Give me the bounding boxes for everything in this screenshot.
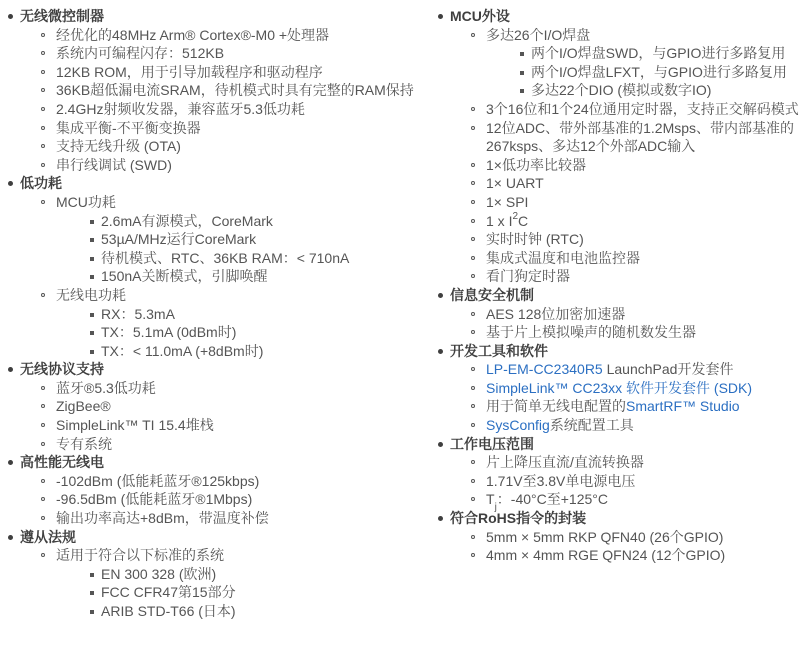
- circle-bullet-icon: [41, 33, 45, 37]
- feature-item: TX：5.1mA (0dBm时): [0, 323, 432, 342]
- text-run: 输出功率高达+8dBm，带温度补偿: [56, 510, 269, 526]
- feature-item: SysConfig系统配置工具: [430, 416, 799, 435]
- text-run: 4mm × 4mm RGE QFN24 (12个GPIO): [486, 547, 725, 563]
- feature-item: 1× UART: [430, 174, 799, 193]
- text-run: 实时时钟 (RTC): [486, 231, 584, 247]
- circle-bullet-icon: [471, 274, 475, 278]
- feature-item: 实时时钟 (RTC): [430, 230, 799, 249]
- feature-list: MCU外设多达26个I/O焊盘两个I/O焊盘SWD，与GPIO进行多路复用两个I…: [430, 7, 799, 565]
- square-bullet-icon: [90, 220, 94, 224]
- circle-bullet-icon: [471, 256, 475, 260]
- text-run: 系统内可编程闪存：512KB: [56, 45, 224, 61]
- text-run: 看门狗定时器: [486, 268, 570, 284]
- text-run: 5mm × 5mm RKP QFN40 (26个GPIO): [486, 529, 723, 545]
- text-run: RX：5.3mA: [101, 306, 175, 322]
- feature-item: TX：< 11.0mA (+8dBm时): [0, 342, 432, 361]
- text-run: 集成式温度和电池监控器: [486, 250, 640, 266]
- feature-item: -96.5dBm (低能耗蓝牙®1Mbps): [0, 490, 432, 509]
- text-run: 基于片上模拟噪声的随机数发生器: [486, 324, 696, 340]
- feature-item: 两个I/O焊盘SWD，与GPIO进行多路复用: [430, 44, 799, 63]
- square-bullet-icon: [90, 350, 94, 354]
- feature-item: Tj：-40°C至+125°C: [430, 490, 799, 509]
- circle-bullet-icon: [41, 497, 45, 501]
- text-run: ARIB STD-T66 (日本): [101, 603, 236, 619]
- circle-bullet-icon: [471, 312, 475, 316]
- section-title-text: 信息安全机制: [450, 287, 534, 303]
- feature-item: 多达22个DIO (模拟或数字IO): [430, 81, 799, 100]
- circle-bullet-icon: [41, 70, 45, 74]
- text-run: 串行线调试 (SWD): [56, 157, 172, 173]
- feature-list: 无线微控制器经优化的48MHz Arm® Cortex®-M0 +处理器系统内可…: [0, 7, 432, 621]
- feature-item: 适用于符合以下标准的系统: [0, 546, 432, 565]
- text-run: 36KB超低漏电流SRAM，待机模式时具有完整的RAM保持: [56, 82, 414, 98]
- text-run: 多达26个I/O焊盘: [486, 27, 590, 43]
- text-run: 2.6mA有源模式，CoreMark: [101, 213, 273, 229]
- text-run: MCU功耗: [56, 194, 116, 210]
- feature-item: 3个16位和1个24位通用定时器，支持正交解码模式: [430, 100, 799, 119]
- text-run: -96.5dBm (低能耗蓝牙®1Mbps): [56, 491, 252, 507]
- feature-item: 1×低功率比较器: [430, 156, 799, 175]
- feature-section-title: MCU外设: [430, 7, 799, 26]
- circle-bullet-icon: [41, 442, 45, 446]
- circle-bullet-icon: [41, 144, 45, 148]
- feature-item: 串行线调试 (SWD): [0, 156, 432, 175]
- feature-item: 输出功率高达+8dBm，带温度补偿: [0, 509, 432, 528]
- circle-bullet-icon: [41, 479, 45, 483]
- text-run: EN 300 328 (欧洲): [101, 566, 216, 582]
- square-bullet-icon: [90, 331, 94, 335]
- feature-item: 2.6mA有源模式，CoreMark: [0, 212, 432, 231]
- disc-bullet-icon: [8, 367, 13, 372]
- text-run: 适用于符合以下标准的系统: [56, 547, 224, 563]
- feature-item: 多达26个I/O焊盘: [430, 26, 799, 45]
- text-run: 1× UART: [486, 175, 544, 191]
- circle-bullet-icon: [471, 460, 475, 464]
- feature-item: 150nA关断模式，引脚唤醒: [0, 267, 432, 286]
- feature-item: 53µA/MHz运行CoreMark: [0, 230, 432, 249]
- square-bullet-icon: [520, 52, 524, 56]
- section-title-text: 高性能无线电: [20, 454, 104, 470]
- text-run: 片上降压直流/直流转换器: [486, 454, 644, 470]
- text-run: SimpleLink™ TI 15.4堆栈: [56, 417, 214, 433]
- circle-bullet-icon: [471, 33, 475, 37]
- feature-section-title: 信息安全机制: [430, 286, 799, 305]
- circle-bullet-icon: [471, 535, 475, 539]
- feature-item: AES 128位加密加速器: [430, 305, 799, 324]
- text-run: 1× SPI: [486, 194, 528, 210]
- text-run: 1×低功率比较器: [486, 157, 586, 173]
- text-run: 1.71V至3.8V单电源电压: [486, 473, 635, 489]
- circle-bullet-icon: [471, 237, 475, 241]
- text-run: FCC CFR47第15部分: [101, 584, 236, 600]
- feature-item: 待机模式、RTC、36KB RAM：< 710nA: [0, 249, 432, 268]
- circle-bullet-icon: [41, 404, 45, 408]
- section-title-text: 无线协议支持: [20, 361, 104, 377]
- circle-bullet-icon: [471, 181, 475, 185]
- feature-item: 蓝牙®5.3低功耗: [0, 379, 432, 398]
- text-run: 集成平衡-不平衡变换器: [56, 120, 201, 136]
- disc-bullet-icon: [8, 460, 13, 465]
- text-run: -102dBm (低能耗蓝牙®125kbps): [56, 473, 259, 489]
- circle-bullet-icon: [41, 88, 45, 92]
- text-run: 12位ADC、带外部基准的1.2Msps、带内部基准的267ksps、多达12个…: [486, 120, 794, 155]
- feature-item: ARIB STD-T66 (日本): [0, 602, 432, 621]
- circle-bullet-icon: [471, 367, 475, 371]
- feature-item: 片上降压直流/直流转换器: [430, 453, 799, 472]
- circle-bullet-icon: [471, 386, 475, 390]
- square-bullet-icon: [90, 257, 94, 261]
- circle-bullet-icon: [41, 200, 45, 204]
- feature-item: 12KB ROM，用于引导加载程序和驱动程序: [0, 63, 432, 82]
- text-run: 2.4GHz射频收发器，兼容蓝牙5.3低功耗: [56, 101, 305, 117]
- text-run: 无线电功耗: [56, 287, 126, 303]
- feature-item: 12位ADC、带外部基准的1.2Msps、带内部基准的267ksps、多达12个…: [430, 119, 799, 156]
- square-bullet-icon: [520, 89, 524, 93]
- feature-item: 两个I/O焊盘LFXT，与GPIO进行多路复用: [430, 63, 799, 82]
- feature-section-title: 符合RoHS指令的封装: [430, 509, 799, 528]
- text-run: C: [518, 213, 528, 229]
- circle-bullet-icon: [471, 404, 475, 408]
- feature-section-title: 高性能无线电: [0, 453, 432, 472]
- section-title-text: 符合RoHS指令的封装: [450, 510, 586, 526]
- feature-item: -102dBm (低能耗蓝牙®125kbps): [0, 472, 432, 491]
- disc-bullet-icon: [8, 181, 13, 186]
- circle-bullet-icon: [41, 163, 45, 167]
- square-bullet-icon: [90, 238, 94, 242]
- circle-bullet-icon: [471, 126, 475, 130]
- feature-section-title: 低功耗: [0, 174, 432, 193]
- feature-item: 集成式温度和电池监控器: [430, 249, 799, 268]
- feature-section-title: 遵从法规: [0, 528, 432, 547]
- circle-bullet-icon: [41, 293, 45, 297]
- text-run: TX：5.1mA (0dBm时): [101, 324, 236, 340]
- circle-bullet-icon: [41, 516, 45, 520]
- text-run: TX：< 11.0mA (+8dBm时): [101, 343, 263, 359]
- circle-bullet-icon: [471, 553, 475, 557]
- feature-item: SimpleLink™ TI 15.4堆栈: [0, 416, 432, 435]
- square-bullet-icon: [90, 573, 94, 577]
- feature-item: ZigBee®: [0, 397, 432, 416]
- circle-bullet-icon: [41, 107, 45, 111]
- feature-item: LP-EM-CC2340R5 LaunchPad开发套件: [430, 360, 799, 379]
- text-run: 用于简单无线电配置的: [486, 398, 626, 414]
- text-run: LaunchPad开发套件: [603, 361, 734, 377]
- text-run: 150nA关断模式，引脚唤醒: [101, 268, 267, 284]
- feature-item: 看门狗定时器: [430, 267, 799, 286]
- feature-item: 5mm × 5mm RKP QFN40 (26个GPIO): [430, 528, 799, 547]
- text-run: 经优化的48MHz Arm® Cortex®-M0 +处理器: [56, 27, 329, 43]
- circle-bullet-icon: [471, 219, 475, 223]
- text-run: 支持无线升级 (OTA): [56, 138, 181, 154]
- link[interactable]: SmartRF™ Studio: [626, 398, 740, 414]
- disc-bullet-icon: [438, 14, 443, 19]
- feature-section-title: 工作电压范围: [430, 435, 799, 454]
- square-bullet-icon: [90, 610, 94, 614]
- section-title-text: 无线微控制器: [20, 8, 104, 24]
- circle-bullet-icon: [41, 386, 45, 390]
- feature-item: RX：5.3mA: [0, 305, 432, 324]
- feature-column-right: MCU外设多达26个I/O焊盘两个I/O焊盘SWD，与GPIO进行多路复用两个I…: [430, 7, 799, 565]
- disc-bullet-icon: [8, 535, 13, 540]
- section-title-text: 低功耗: [20, 175, 62, 191]
- text-run: AES 128位加密加速器: [486, 306, 625, 322]
- disc-bullet-icon: [438, 349, 443, 354]
- square-bullet-icon: [520, 71, 524, 75]
- circle-bullet-icon: [471, 163, 475, 167]
- section-title-text: 开发工具和软件: [450, 343, 548, 359]
- section-title-text: MCU外设: [450, 8, 510, 24]
- text-run: ZigBee®: [56, 398, 111, 414]
- feature-item: SimpleLink™ CC23xx 软件开发套件 (SDK): [430, 379, 799, 398]
- square-bullet-icon: [90, 313, 94, 317]
- circle-bullet-icon: [41, 126, 45, 130]
- section-title-text: 工作电压范围: [450, 436, 534, 452]
- feature-item: EN 300 328 (欧洲): [0, 565, 432, 584]
- superscript: 2: [512, 211, 518, 222]
- feature-item: 基于片上模拟噪声的随机数发生器: [430, 323, 799, 342]
- feature-item: 集成平衡-不平衡变换器: [0, 119, 432, 138]
- feature-item: MCU功耗: [0, 193, 432, 212]
- feature-item: 36KB超低漏电流SRAM，待机模式时具有完整的RAM保持: [0, 81, 432, 100]
- circle-bullet-icon: [471, 200, 475, 204]
- text-run: 待机模式、RTC、36KB RAM：< 710nA: [101, 250, 349, 266]
- feature-section-title: 开发工具和软件: [430, 342, 799, 361]
- text-run: 3个16位和1个24位通用定时器，支持正交解码模式: [486, 101, 799, 117]
- feature-item: 无线电功耗: [0, 286, 432, 305]
- disc-bullet-icon: [8, 14, 13, 19]
- feature-column-left: 无线微控制器经优化的48MHz Arm® Cortex®-M0 +处理器系统内可…: [0, 7, 432, 621]
- text-run: T: [486, 491, 495, 507]
- feature-item: 支持无线升级 (OTA): [0, 137, 432, 156]
- feature-item: 1× SPI: [430, 193, 799, 212]
- features-page: 无线微控制器经优化的48MHz Arm® Cortex®-M0 +处理器系统内可…: [0, 0, 799, 654]
- feature-item: 专有系统: [0, 435, 432, 454]
- circle-bullet-icon: [41, 553, 45, 557]
- feature-item: 2.4GHz射频收发器，兼容蓝牙5.3低功耗: [0, 100, 432, 119]
- text-run: 系统配置工具: [550, 417, 634, 433]
- text-run: 蓝牙®5.3低功耗: [56, 380, 156, 396]
- link[interactable]: LP-EM-CC2340R5: [486, 361, 603, 377]
- link[interactable]: SysConfig: [486, 417, 550, 433]
- square-bullet-icon: [90, 591, 94, 595]
- feature-item: 经优化的48MHz Arm® Cortex®-M0 +处理器: [0, 26, 432, 45]
- feature-item: 系统内可编程闪存：512KB: [0, 44, 432, 63]
- text-run: ：-40°C至+125°C: [497, 491, 608, 507]
- feature-item: 用于简单无线电配置的SmartRF™ Studio: [430, 397, 799, 416]
- feature-item: 4mm × 4mm RGE QFN24 (12个GPIO): [430, 546, 799, 565]
- circle-bullet-icon: [471, 423, 475, 427]
- text-run: 多达22个DIO (模拟或数字IO): [531, 82, 711, 98]
- square-bullet-icon: [90, 275, 94, 279]
- feature-section-title: 无线微控制器: [0, 7, 432, 26]
- circle-bullet-icon: [471, 330, 475, 334]
- text-run: 12KB ROM，用于引导加载程序和驱动程序: [56, 64, 323, 80]
- disc-bullet-icon: [438, 516, 443, 521]
- circle-bullet-icon: [41, 423, 45, 427]
- section-title-text: 遵从法规: [20, 529, 76, 545]
- text-run: 1 x I: [486, 213, 512, 229]
- text-run: 专有系统: [56, 436, 112, 452]
- link[interactable]: SimpleLink™ CC23xx 软件开发套件 (SDK): [486, 380, 752, 396]
- disc-bullet-icon: [438, 293, 443, 298]
- circle-bullet-icon: [471, 107, 475, 111]
- text-run: 两个I/O焊盘LFXT，与GPIO进行多路复用: [531, 64, 787, 80]
- feature-section-title: 无线协议支持: [0, 360, 432, 379]
- feature-item: 1 x I2C: [430, 212, 799, 231]
- text-run: 53µA/MHz运行CoreMark: [101, 231, 256, 247]
- disc-bullet-icon: [438, 442, 443, 447]
- feature-item: FCC CFR47第15部分: [0, 583, 432, 602]
- circle-bullet-icon: [471, 497, 475, 501]
- circle-bullet-icon: [41, 51, 45, 55]
- feature-item: 1.71V至3.8V单电源电压: [430, 472, 799, 491]
- text-run: 两个I/O焊盘SWD，与GPIO进行多路复用: [531, 45, 785, 61]
- circle-bullet-icon: [471, 479, 475, 483]
